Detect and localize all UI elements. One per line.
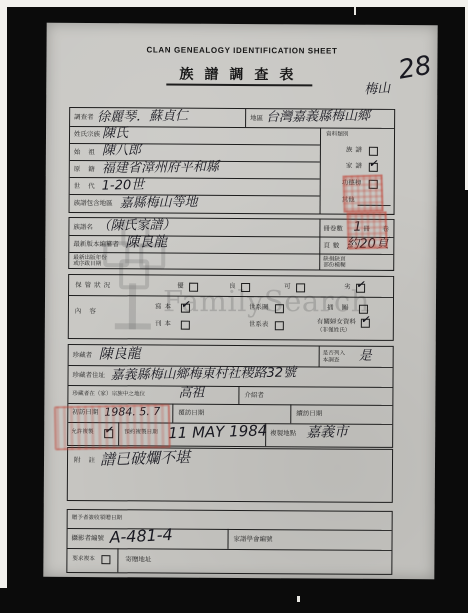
remarks-label: 附註 — [74, 457, 103, 465]
grid-line — [68, 385, 392, 388]
generations-value: 1-20世 — [102, 179, 145, 193]
grid-line — [245, 109, 247, 127]
regions-covered-label: 族譜包含地區 — [74, 200, 113, 208]
category-zupu-label: 族譜 — [346, 147, 365, 155]
scanned-form-page: FamilySearch CLAN GENEALOGY IDENTIFICATI… — [43, 23, 437, 579]
owner-value: 陳良龍 — [99, 347, 141, 362]
content-women-label: 有關婦女資料 — [317, 318, 356, 326]
included-value: 是 — [359, 350, 372, 363]
grid-line — [69, 252, 393, 255]
condition-excellent-label: 優 — [177, 283, 184, 291]
revisit-label: 覆訪日期 — [178, 410, 204, 418]
owner-position-value: 高祖 — [178, 387, 204, 400]
title-underline — [166, 84, 312, 87]
condition-label: 保管狀況 — [75, 282, 113, 290]
condition-content-table: 保管狀況 優 良 可 劣 內容 寫本 刊本 世系圖 世系表 插圖 有關婦女資料 … — [68, 274, 394, 341]
origin-label: 原籍 — [74, 166, 103, 174]
page-note-number: 28 — [396, 52, 433, 83]
content-label: 內容 — [75, 308, 104, 316]
grid-line — [319, 219, 321, 269]
film-tick-top — [354, 7, 356, 15]
area-value: 台灣嘉義縣梅山鄉 — [266, 110, 370, 125]
included-label-line2: 本調查 — [323, 358, 340, 365]
category-label: 資料類別 — [326, 132, 348, 139]
filming-info-table: 贈予者簽收領贈日期 攝影者編號 A-481-4 家譜學會編號 要求複本 寄贈地址 — [66, 509, 392, 575]
content-printed-checkbox — [181, 321, 190, 330]
content-printed-label: 刊本 — [155, 320, 174, 328]
first-ancestor-label: 始祖 — [74, 149, 103, 157]
content-pedigree-table-checkbox — [275, 321, 284, 330]
content-women-checkbox — [361, 319, 370, 328]
content-manuscript-label: 寫本 — [155, 303, 174, 311]
area-label: 地區 — [250, 115, 263, 123]
grid-line — [67, 548, 391, 551]
grid-line — [227, 529, 229, 549]
category-jiapu-checkbox — [369, 163, 378, 172]
clan-label: 姓氏宗族 — [74, 131, 100, 139]
condition-poor-label: 劣 — [344, 284, 351, 292]
owner-address-label: 珍藏者住址 — [73, 372, 106, 380]
compiler-label: 最新版本編纂者 — [73, 241, 119, 249]
content-pedigree-chart-checkbox — [275, 304, 284, 313]
clan-value: 陳氏 — [102, 127, 128, 140]
followup-visit-label: 續訪日期 — [296, 410, 322, 418]
condition-poor-checkbox — [356, 284, 365, 293]
film-edge-top — [0, 0, 468, 7]
owner-label: 珍藏者 — [73, 352, 93, 360]
society-number-label: 家譜學會編號 — [234, 536, 273, 544]
book-name-label: 族譜名 — [73, 224, 93, 232]
grid-line — [69, 295, 393, 298]
introducer-label: 介紹者 — [244, 392, 264, 400]
donor-receipt-label: 贈予者簽收領贈日期 — [72, 515, 122, 522]
copy-place-value: 嘉義市 — [306, 425, 348, 440]
damage-label-line2: 部份模糊 — [323, 263, 345, 270]
remarks-value: 譜已破爛不堪 — [100, 450, 190, 468]
surveyor-value: 徐麗琴．蘇貞仁 — [97, 110, 188, 124]
content-manuscript-checkbox — [181, 304, 190, 313]
film-tick-bottom — [297, 596, 300, 602]
film-edge-left — [0, 0, 7, 588]
pages-label: 頁數 — [323, 243, 342, 251]
publish-year-label-line2: 或序跋日期 — [73, 261, 101, 268]
volumes-label: 冊卷數 — [323, 226, 343, 234]
copy-date-value: 11 MAY 1984 — [168, 423, 268, 441]
condition-fair-label: 可 — [284, 283, 291, 291]
content-pedigree-chart-label: 世系圖 — [249, 304, 269, 312]
regions-covered-value: 嘉縣梅山等地 — [120, 196, 198, 210]
grid-line — [117, 548, 119, 572]
owner-address-value: 嘉義縣梅山鄉梅東村社稷路32號 — [110, 366, 296, 382]
included-label-line1: 是否列入 — [323, 351, 345, 358]
grid-line — [290, 404, 292, 423]
surveyor-label: 調查者 — [74, 114, 94, 122]
category-zupu-checkbox — [369, 147, 378, 156]
book-name-value: （陳氏家譜） — [97, 219, 175, 233]
condition-good-label: 良 — [229, 283, 236, 291]
sheet-english-title: CLAN GENEALOGY IDENTIFICATION SHEET — [47, 45, 438, 56]
first-ancestor-value: 陳八郎 — [102, 144, 141, 158]
condition-good-checkbox — [241, 283, 250, 292]
condition-fair-checkbox — [296, 283, 305, 292]
grid-line — [320, 127, 322, 213]
owner-position-label: 珍藏者在（家）宗族中之地位 — [72, 391, 145, 398]
red-seal-stamp-upper — [342, 174, 402, 250]
red-seal-stamp-lower — [54, 404, 171, 450]
category-jiapu-label: 家譜 — [346, 163, 365, 171]
page-note-location: 梅山 — [364, 82, 391, 97]
copy-request-checkbox — [101, 555, 110, 564]
mailing-address-label: 寄贈地址 — [125, 556, 151, 564]
copy-request-label: 要求複本 — [72, 556, 94, 563]
content-illustration-checkbox — [359, 305, 368, 314]
photographer-number-value: A-481-4 — [109, 527, 173, 546]
microfilm-scan: { "header": { "en_title": "CLAN GENEALOG… — [0, 0, 468, 613]
compiler-value: 陳良龍 — [125, 235, 167, 250]
copy-place-label: 複製地點 — [270, 430, 296, 438]
grid-line — [319, 346, 321, 366]
remarks-box: 附註 譜已破爛不堪 — [67, 447, 393, 503]
generations-label: 世代 — [74, 183, 103, 191]
content-women-note: （非僅姓氏） — [317, 327, 351, 334]
content-pedigree-table-label: 世系表 — [249, 321, 269, 329]
origin-value: 福建省漳州府平和縣 — [102, 161, 219, 176]
content-illustration-label: 插圖 — [327, 305, 356, 313]
condition-excellent-checkbox — [189, 283, 198, 292]
grid-line — [238, 386, 240, 404]
grid-line — [172, 404, 174, 423]
photographer-number-label: 攝影者編號 — [72, 535, 105, 543]
